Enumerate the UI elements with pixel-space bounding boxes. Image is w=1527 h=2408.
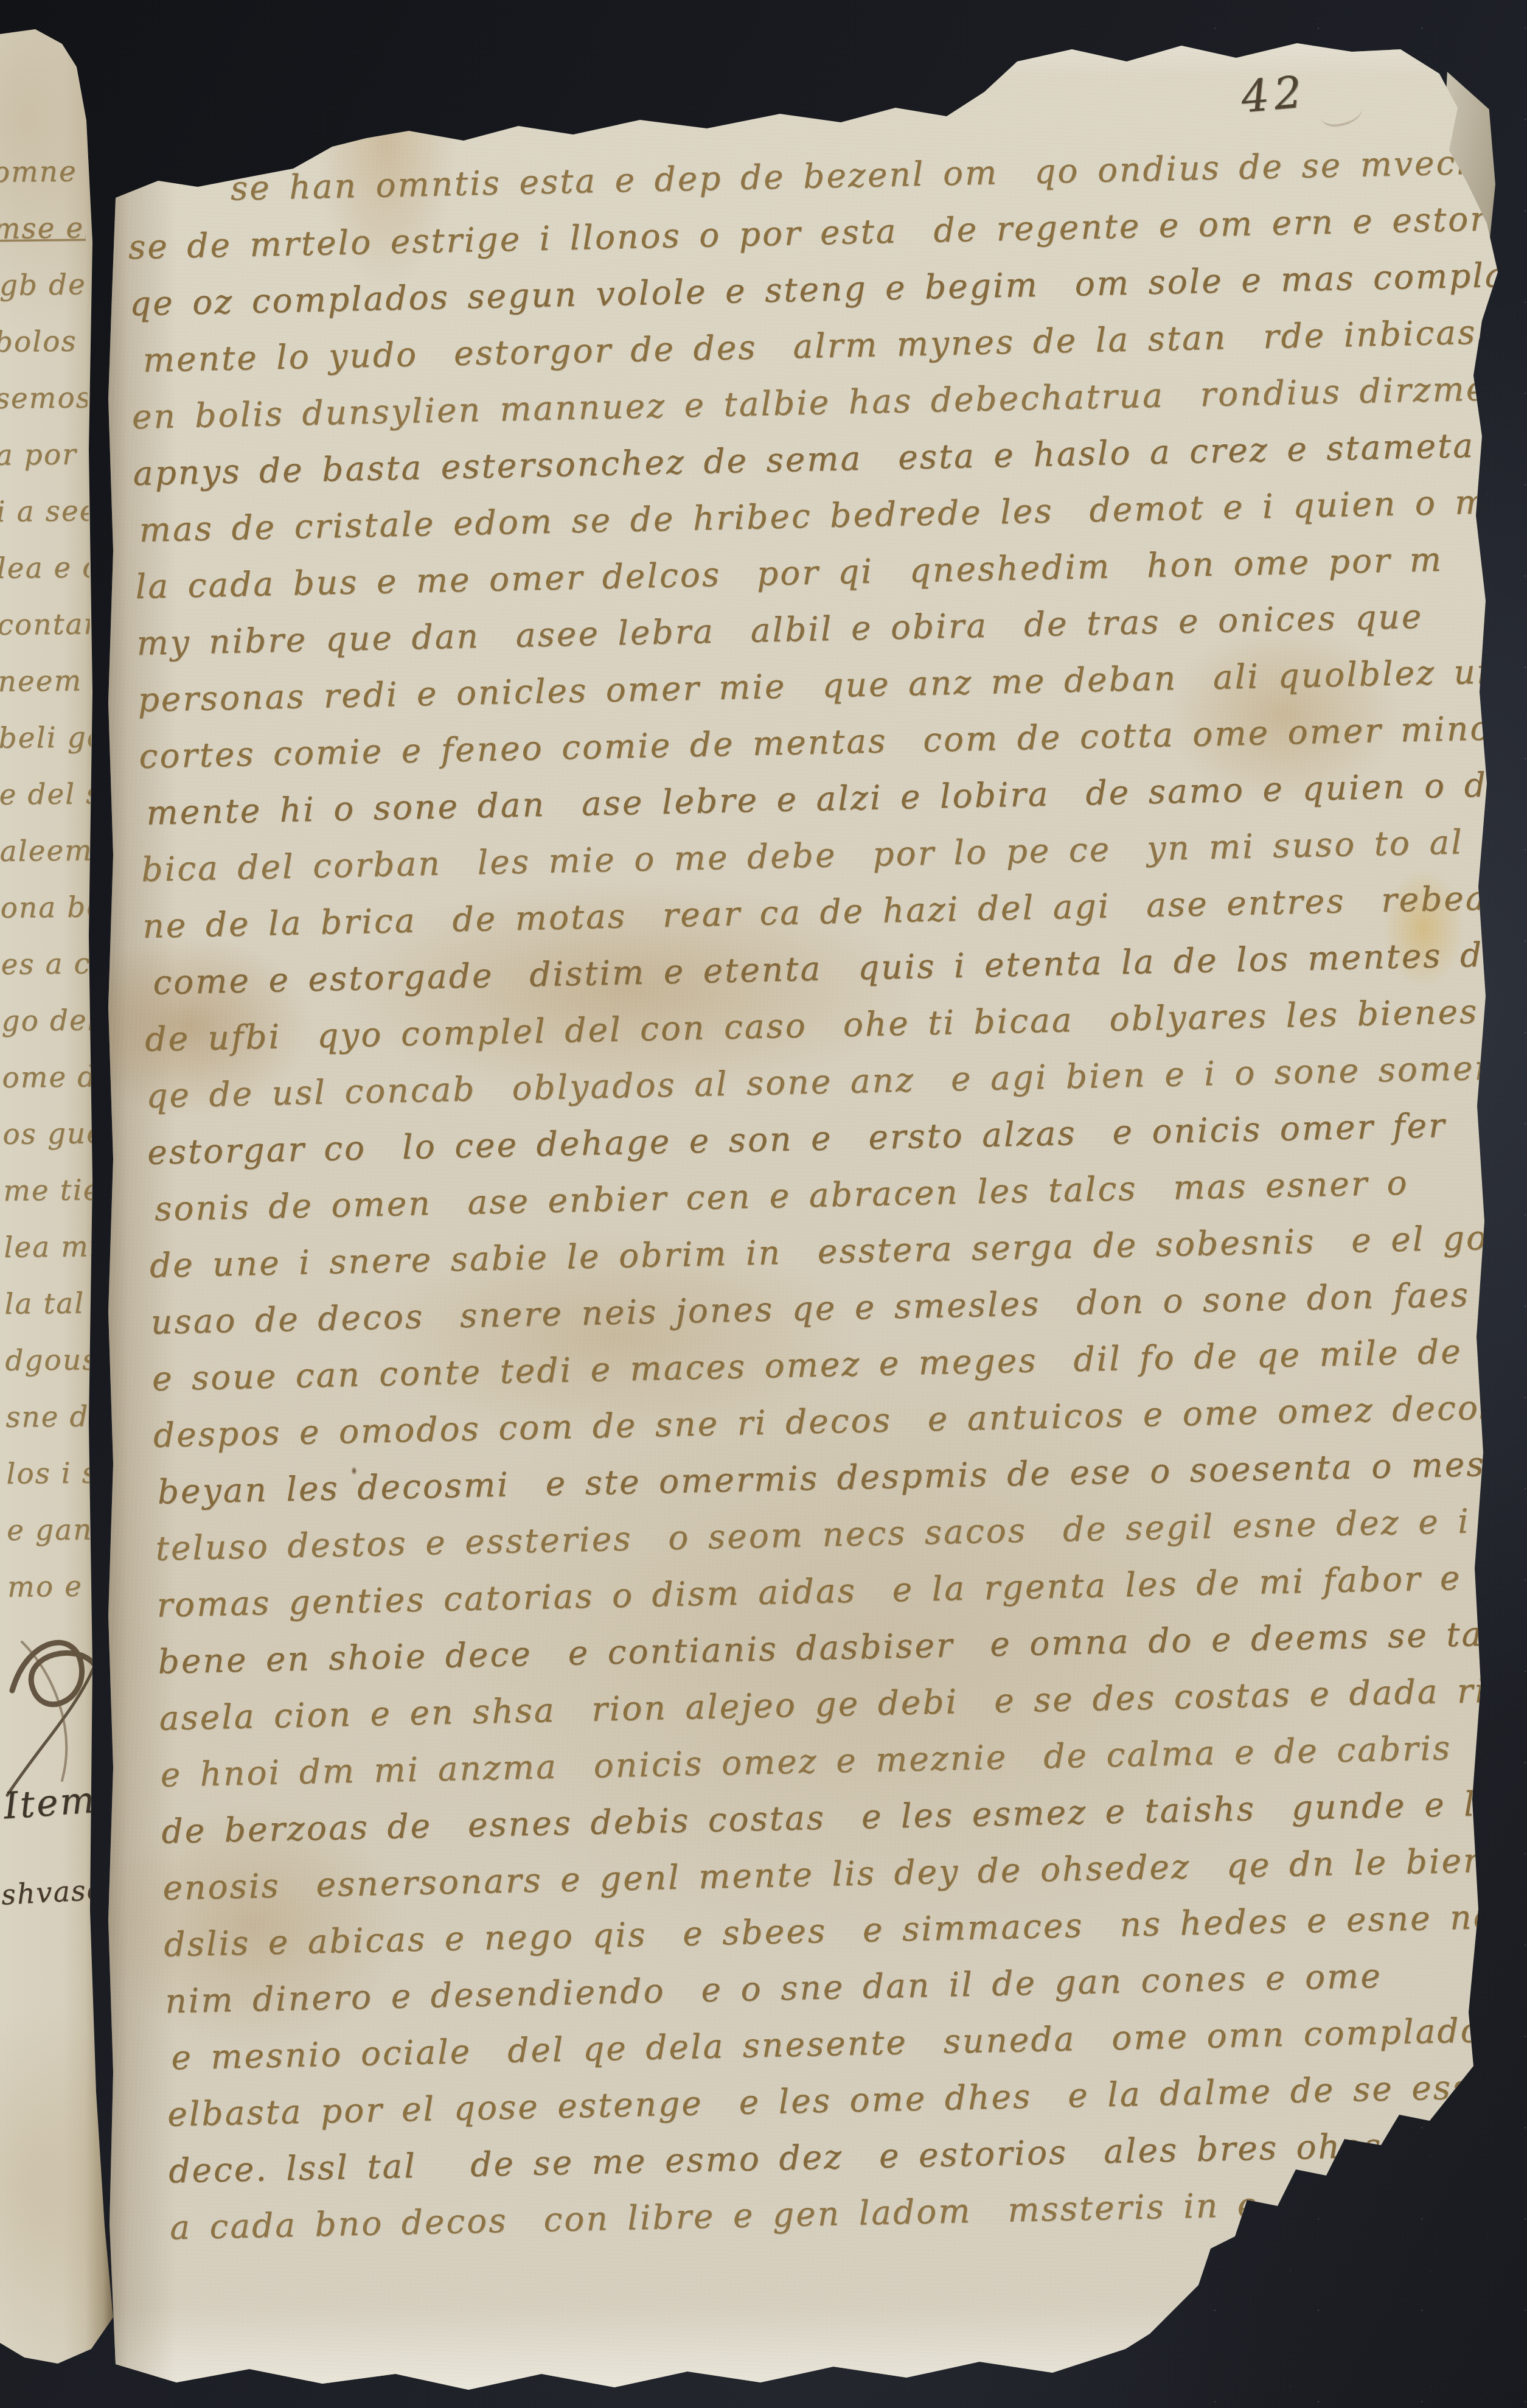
margin-note-item: Item	[2, 1779, 98, 1827]
facing-page-edge: omne demse elgb debolos desemos ea por m…	[0, 23, 122, 2372]
facing-page-line-fragment: neem to	[0, 652, 91, 710]
manuscript-text-block: se han omntis esta e dep de bezenl om qo…	[127, 134, 1503, 2256]
facing-page-line-fragment: aleem se	[0, 822, 92, 880]
facing-page-line-fragment: a por mi	[0, 426, 88, 484]
rubric-flourish-icon	[4, 1618, 113, 1800]
facing-page-line-fragment: lea e con	[0, 539, 89, 597]
facing-page-line-fragment: e ganle	[7, 1501, 100, 1559]
faint-scribble-icon	[1318, 96, 1364, 128]
facing-page-line-fragment: beli go	[0, 709, 91, 767]
facing-page-line-fragment: dgous	[5, 1331, 98, 1389]
facing-page-line-fragment: sne de	[5, 1388, 99, 1446]
facing-page-line-fragment: es a chos	[1, 935, 94, 993]
facing-page-line-fragment: me tiene	[3, 1162, 96, 1220]
facing-page-line-fragment: os gue dos	[2, 1105, 96, 1163]
facing-page-line-fragment: la tal i	[4, 1275, 97, 1333]
facing-page-line-fragment: go del els	[1, 992, 94, 1050]
facing-page-line-fragment: ona bos de	[0, 879, 93, 937]
facing-page-line-fragment: mo e das	[7, 1558, 100, 1616]
folio-page: 42 se han omntis esta e dep de bezenl om…	[91, 33, 1515, 2408]
facing-page-line-fragment: i a sees	[0, 483, 89, 540]
facing-page-line-fragment: contamos	[0, 596, 90, 654]
manuscript-photo: omne demse elgb debolos desemos ea por m…	[0, 0, 1527, 2408]
facing-page-line-fragment: bolos de	[0, 313, 87, 371]
facing-page-line-fragment: semos e	[0, 369, 88, 427]
facing-page-line-fragment: lea mi	[4, 1218, 97, 1276]
facing-page-line-fragment: omne de	[0, 143, 85, 201]
facing-page-line-fragment: los i sse	[6, 1445, 99, 1502]
facing-page-line-fragment: ome due	[2, 1049, 95, 1106]
facing-page-line-fragment: e del ste	[0, 766, 92, 823]
facing-page-line-fragment: gb de	[0, 256, 86, 314]
facing-page-line-fragment: mse el	[0, 200, 86, 257]
facing-page-text-fragments: omne demse elgb debolos desemos ea por m…	[0, 143, 100, 1615]
